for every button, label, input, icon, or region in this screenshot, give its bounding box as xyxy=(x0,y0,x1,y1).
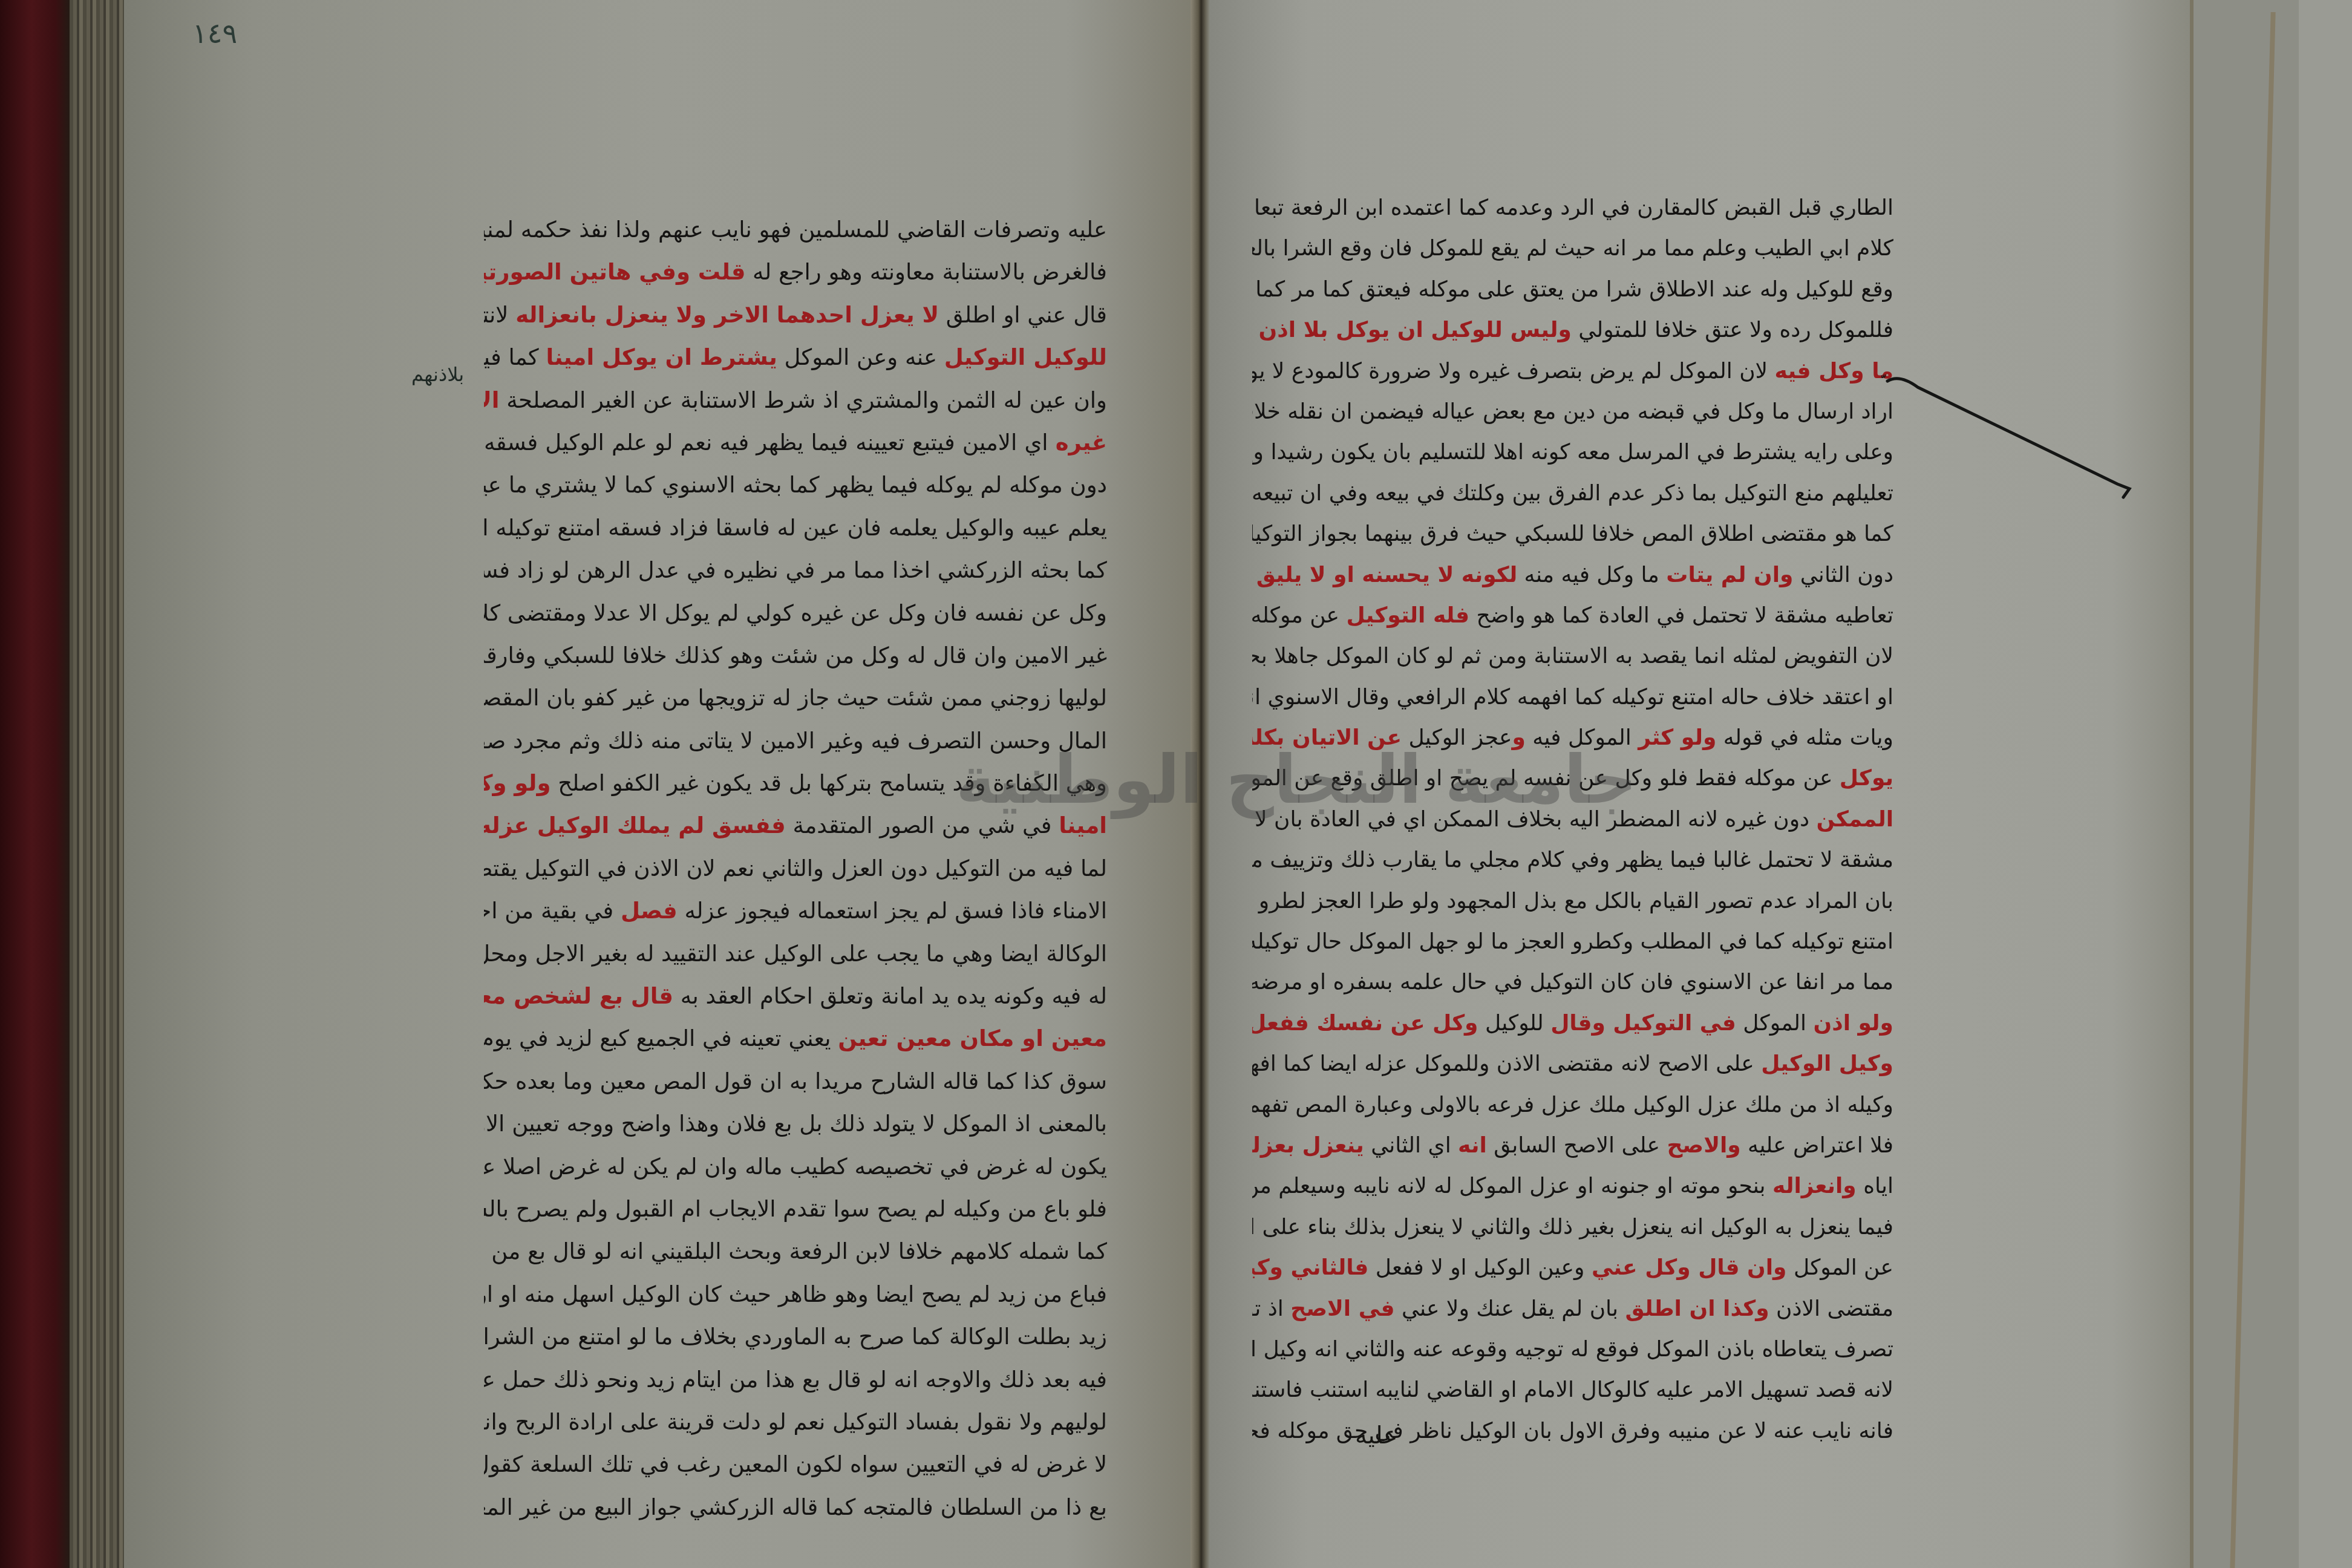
text-segment: تعاطيه مشقة لا تحتمل في العادة كما هو وا… xyxy=(1469,603,1893,628)
rubric-segment: وكل عن نفسك ففعل فالثاني xyxy=(1252,1011,1478,1036)
text-line: كما هو مقتضى اطلاق المص خلافا للسبكي حيث… xyxy=(1252,514,1893,554)
text-line: وكيله اذ من ملك عزل الوكيل ملك عزل فرعه … xyxy=(1252,1085,1893,1125)
text-line: فباع من زيد لم يصح ايضا وهو ظاهر حيث كان… xyxy=(484,1273,1107,1316)
text-line: فلا اعتراض عليه والاصح على الاصح السابق … xyxy=(1252,1125,1893,1166)
rubric-segment: انه xyxy=(1458,1133,1487,1158)
text-line: غير الامين وان قال له وكل من شئت وهو كذل… xyxy=(484,635,1107,677)
text-line: دون الثاني وان لم يتات ما وكل فيه منه لك… xyxy=(1252,555,1893,595)
rubric-segment: ولو اذن xyxy=(1813,1011,1893,1036)
rubric-segment: غيره xyxy=(1056,430,1107,456)
text-line: فللموكل رده ولا عتق خلافا للمتولي وليس ل… xyxy=(1252,310,1893,350)
text-segment: بع ذا من السلطان فالمتجه كما قاله الزركش… xyxy=(484,1494,1107,1520)
text-segment: لان الموكل لم يرض بتصرف غيره ولا ضرورة ك… xyxy=(1252,359,1775,384)
text-line: وكل عن نفسه فان وكل عن غيره كولي لم يوكل… xyxy=(484,592,1107,635)
text-line: زيد بطلت الوكالة كما صرح به الماوردي بخل… xyxy=(484,1316,1107,1358)
text-line: لا غرض له في التعيين سواه لكون المعين رغ… xyxy=(484,1443,1107,1486)
right-text-block: الطاري قبل القبض كالمقارن في الرد وعدمه … xyxy=(1252,188,1893,1451)
rubric-segment: وانعزاله xyxy=(1772,1174,1857,1198)
text-line: فالغرض بالاستنابة معاونته وهو راجع له قل… xyxy=(484,251,1107,293)
rubric-segment: يشترط ان يوكل امينا xyxy=(546,344,777,370)
text-segment: عن الموكل xyxy=(1786,1255,1893,1280)
text-segment: بنحو موته او جنونه او عزل الموكل له لانه… xyxy=(1252,1174,1772,1198)
text-segment: كما هو مقتضى اطلاق المص خلافا للسبكي حيث… xyxy=(1252,521,1893,546)
text-segment: مما مر انفا عن الاسنوي فان كان التوكيل ف… xyxy=(1252,970,1893,995)
text-line: تصرف يتعاطاه باذن الموكل فوقع له توجيه و… xyxy=(1252,1329,1893,1370)
text-segment: مشقة لا تحتمل غالبا فيما يظهر وفي كلام م… xyxy=(1252,848,1893,872)
text-line: اراد ارسال ما وكل في قبضه من دين مع بعض … xyxy=(1252,391,1893,432)
text-line: لوليها زوجني ممن شئت حيث جاز له تزويجها … xyxy=(484,677,1107,719)
leaf-edge xyxy=(2299,0,2352,1568)
text-segment: لان التفويض لمثله انما يقصد به الاستنابة… xyxy=(1252,644,1893,668)
text-segment: فلو باع من وكيله لم يصح سوا تقدم الايجاب… xyxy=(484,1196,1107,1222)
text-segment: للوكيل xyxy=(1478,1011,1550,1036)
watermark: جامعة النجاح الوطنية xyxy=(956,741,1637,818)
rubric-segment: لا يعزل احدهما الاخر ولا ينعزل بانعزاله xyxy=(515,302,939,328)
text-line: بان المراد عدم تصور القيام بالكل مع بذل … xyxy=(1252,881,1893,921)
text-segment: لوليهم ولا نقول بفساد التوكيل نعم لو دلت… xyxy=(484,1409,1107,1435)
text-segment: بان المراد عدم تصور القيام بالكل مع بذل … xyxy=(1252,889,1893,913)
text-line: ما وكل فيه لان الموكل لم يرض بتصرف غيره … xyxy=(1252,351,1893,391)
text-segment: فانه نايب عنه لا عن منيبه وفرق الاول بان… xyxy=(1252,1419,1893,1443)
text-segment: فباع من زيد لم يصح ايضا وهو ظاهر حيث كان… xyxy=(484,1281,1107,1307)
text-segment: قال عني او اطلق xyxy=(939,302,1107,328)
text-segment: دون الثاني xyxy=(1793,563,1893,587)
left-text-block: عليه وتصرفات القاضي للمسلمين فهو نايب عن… xyxy=(484,209,1107,1529)
text-segment: اذ توكيله الثالث xyxy=(1252,1296,1290,1321)
text-line: معين او مكان معين تعين يعني تعينه في الج… xyxy=(484,1018,1107,1060)
text-line: او اعتقد خلاف حاله امتنع توكيله كما افهم… xyxy=(1252,677,1893,717)
rubric-segment: والاصح xyxy=(1667,1133,1740,1158)
book-binding xyxy=(0,0,70,1568)
text-segment: اي الثاني xyxy=(1364,1133,1458,1158)
text-segment: على الاصح لانه مقتضى الاذن وللموكل عزله … xyxy=(1252,1051,1761,1076)
text-line: تعاطيه مشقة لا تحتمل في العادة كما هو وا… xyxy=(1252,595,1893,636)
text-segment: تعليلهم منع التوكيل بما ذكر عدم الفرق بي… xyxy=(1252,481,1893,506)
text-segment: عليه وتصرفات القاضي للمسلمين فهو نايب عن… xyxy=(484,217,1107,243)
text-line: مقتضى الاذن وكذا ان اطلق بان لم يقل عنك … xyxy=(1252,1289,1893,1329)
text-segment: الوكالة ايضا وهي ما يجب على الوكيل عند ا… xyxy=(484,941,1107,967)
text-line: كما شمله كلامهم خلافا لابن الرفعة وبحث ا… xyxy=(484,1230,1107,1273)
rubric-segment: معين او مكان معين تعين xyxy=(838,1025,1107,1051)
text-segment: لما فيه من التوكيل دون العزل والثاني نعم… xyxy=(484,855,1107,881)
text-segment: كما بحثه الزركشي اخذا مما مر في نظيره في… xyxy=(484,557,1107,583)
text-segment: الامناء فاذا فسق لم يجز استعماله فيجوز ع… xyxy=(678,898,1107,924)
text-segment: وكيله اذ من ملك عزل الوكيل ملك عزل فرعه … xyxy=(1252,1093,1893,1117)
text-line: فانه نايب عنه لا عن منيبه وفرق الاول بان… xyxy=(1252,1411,1893,1451)
text-segment: له فيه وكونه يده يد امانة وتعلق احكام ال… xyxy=(673,983,1107,1009)
text-segment: او اعتقد خلاف حاله امتنع توكيله كما افهم… xyxy=(1252,685,1893,710)
catchword: عليه xyxy=(1355,1422,1398,1449)
text-segment: بان لم يقل عنك ولا عني xyxy=(1395,1296,1625,1321)
rubric-segment: للوكيل التوكيل xyxy=(944,344,1107,370)
text-line: اياه وانعزاله بنحو موته او جنونه او عزل … xyxy=(1252,1166,1893,1206)
text-segment: مقتضى الاذن xyxy=(1769,1296,1893,1321)
text-line: فيه بعد ذلك والاوجه انه لو قال بع هذا من… xyxy=(484,1359,1107,1401)
rubric-segment: قال بع لشخص معين او في زمان xyxy=(484,983,673,1009)
text-segment: وعلى رايه يشترط في المرسل معه كونه اهلا … xyxy=(1252,440,1893,465)
text-line: دون موكله لم يوكله فيما يظهر كما بحثه ال… xyxy=(484,464,1107,506)
text-line: عليه وتصرفات القاضي للمسلمين فهو نايب عن… xyxy=(484,209,1107,251)
rubric-segment: لكونه لا يحسنه او لا يليق به او xyxy=(1252,563,1517,587)
page-edges-left xyxy=(70,0,127,1568)
rubric-segment: ولو وكل الوكيل xyxy=(484,770,550,796)
text-line: ولو اذن الموكل في التوكيل وقال للوكيل وك… xyxy=(1252,1003,1893,1044)
text-line: لما فيه من التوكيل دون العزل والثاني نعم… xyxy=(484,848,1107,890)
text-segment: اراد ارسال ما وكل في قبضه من دين مع بعض … xyxy=(1252,399,1893,424)
rubric-segment: ففسق لم يملك الوكيل عزله في الاصح والله … xyxy=(484,812,786,838)
text-segment: وعين الوكيل او لا ففعل xyxy=(1368,1255,1592,1280)
text-line: مما مر انفا عن الاسنوي فان كان التوكيل ف… xyxy=(1252,962,1893,1002)
fore-edge-leaves xyxy=(2190,0,2352,1568)
text-segment: غير الامين وان قال له وكل من شئت وهو كذل… xyxy=(484,642,1107,668)
text-segment: بالمعنى اذ الموكل لا يتولد ذلك بل بع فلا… xyxy=(484,1111,1107,1137)
rubric-segment: ينعزل بعزله xyxy=(1252,1133,1364,1158)
leaf-edge xyxy=(2190,0,2194,1568)
text-line: سوق كذا كما قاله الشارح مريدا به ان قول … xyxy=(484,1060,1107,1103)
text-line: يعلم عيبه والوكيل يعلمه فان عين له فاسقا… xyxy=(484,507,1107,549)
text-segment: ويات مثله في قوله xyxy=(1716,725,1893,750)
rubric-segment: وان قال وكل عني xyxy=(1592,1255,1787,1280)
text-segment: وقع للوكيل وله عند الاطلاق شرا من يعتق ع… xyxy=(1252,277,1893,302)
rubric-segment: يوكل xyxy=(1840,766,1893,791)
text-line: مشقة لا تحتمل غالبا فيما يظهر وفي كلام م… xyxy=(1252,840,1893,880)
text-line: امتنع توكيله كما في المطلب وكطرو العجز م… xyxy=(1252,921,1893,962)
text-line: الوكالة ايضا وهي ما يجب على الوكيل عند ا… xyxy=(484,933,1107,975)
text-segment: لانه قصد تسهيل الامر عليه كالوكال الامام… xyxy=(1252,1377,1893,1402)
text-segment: الطاري قبل القبض كالمقارن في الرد وعدمه … xyxy=(1252,195,1893,220)
rubric-segment: وان لم يتات xyxy=(1666,563,1793,587)
rubric-segment: فالثاني وكيل الموكل xyxy=(1252,1255,1368,1280)
rubric-segment: وكيل الوكيل xyxy=(1761,1051,1893,1076)
rubric-segment: في التوكيل وقال xyxy=(1550,1011,1736,1036)
rubric-segment: في الاصح xyxy=(1290,1296,1394,1321)
text-segment: يكون له غرض في تخصيصه كطيب ماله وان لم ي… xyxy=(484,1154,1107,1180)
leaf-edge xyxy=(2230,12,2275,1568)
text-line: وكيل الوكيل على الاصح لانه مقتضى الاذن و… xyxy=(1252,1044,1893,1084)
text-line: له فيه وكونه يده يد امانة وتعلق احكام ال… xyxy=(484,975,1107,1018)
text-segment: في بقية من احكام xyxy=(484,898,621,924)
text-line: كلام ابي الطيب وعلم مما مر انه حيث لم يق… xyxy=(1252,228,1893,269)
text-line: وعلى رايه يشترط في المرسل معه كونه اهلا … xyxy=(1252,432,1893,472)
text-line: بع ذا من السلطان فالمتجه كما قاله الزركش… xyxy=(484,1486,1107,1529)
text-line: كما بحثه الزركشي اخذا مما مر في نظيره في… xyxy=(484,549,1107,592)
text-segment: يعني تعينه في الجميع كبع لزيد في يوم الج… xyxy=(484,1025,838,1051)
text-line: فيما ينعزل به الوكيل انه ينعزل بغير ذلك … xyxy=(1252,1207,1893,1247)
folio-number: ١٤٩ xyxy=(192,17,237,50)
text-segment: عن موكله دون نفسه xyxy=(1252,603,1347,628)
text-segment: فيه بعد ذلك والاوجه انه لو قال بع هذا من… xyxy=(484,1367,1107,1393)
text-segment: وان عين له الثمن والمشتري اذ شرط الاستنا… xyxy=(499,387,1107,413)
text-line: غيره اي الامين فيتبع تعيينه فيما يظهر في… xyxy=(484,422,1107,464)
text-line: عن الموكل وان قال وكل عني وعين الوكيل او… xyxy=(1252,1247,1893,1288)
text-segment: لوليها زوجني ممن شئت حيث جاز له تزويجها … xyxy=(484,685,1107,711)
text-segment: على الاصح السابق xyxy=(1487,1133,1667,1158)
rubric-segment: وليس للوكيل ان يوكل بلا اذن ان تاتى منه xyxy=(1252,318,1572,342)
text-segment: لانتفا كونه وكيلا عنه xyxy=(484,302,515,328)
text-line: يكون له غرض في تخصيصه كطيب ماله وان لم ي… xyxy=(484,1146,1107,1188)
margin-note: بلاذنهم xyxy=(411,363,464,386)
text-segment: فالغرض بالاستنابة معاونته وهو راجع له xyxy=(745,259,1107,285)
rubric-segment: فصل xyxy=(621,898,678,924)
text-segment: كلام ابي الطيب وعلم مما مر انه حيث لم يق… xyxy=(1252,236,1893,261)
rubric-segment: وكذا ان اطلق xyxy=(1625,1296,1769,1321)
text-segment: تصرف يتعاطاه باذن الموكل فوقع له توجيه و… xyxy=(1252,1337,1893,1362)
text-segment: زيد بطلت الوكالة كما صرح به الماوردي بخل… xyxy=(484,1324,1107,1350)
text-line: لوليهم ولا نقول بفساد التوكيل نعم لو دلت… xyxy=(484,1401,1107,1443)
rubric-segment: ولو كثر xyxy=(1638,725,1716,750)
text-line: فلو باع من وكيله لم يصح سوا تقدم الايجاب… xyxy=(484,1188,1107,1230)
text-segment: اي الامين فيتبع تعيينه فيما يظهر فيه نعم… xyxy=(484,430,1056,456)
text-line: وقع للوكيل وله عند الاطلاق شرا من يعتق ع… xyxy=(1252,269,1893,310)
text-line: الامناء فاذا فسق لم يجز استعماله فيجوز ع… xyxy=(484,890,1107,932)
text-segment: وكل عن نفسه فان وكل عن غيره كولي لم يوكل… xyxy=(484,600,1107,626)
text-segment: سوق كذا كما قاله الشارح مريدا به ان قول … xyxy=(484,1068,1107,1094)
rubric-segment: الا ان يعين الموكل xyxy=(484,387,499,413)
rubric-segment: فله التوكيل xyxy=(1347,603,1470,628)
text-segment: دون موكله لم يوكله فيما يظهر كما بحثه ال… xyxy=(484,472,1107,498)
rubric-segment: الممكن xyxy=(1817,807,1893,832)
text-line: لان التفويض لمثله انما يقصد به الاستنابة… xyxy=(1252,636,1893,676)
text-line: تعليلهم منع التوكيل بما ذكر عدم الفرق بي… xyxy=(1252,473,1893,514)
text-line: للوكيل التوكيل عنه وعن الموكل يشترط ان ي… xyxy=(484,336,1107,379)
text-segment: لا غرض له في التعيين سواه لكون المعين رغ… xyxy=(484,1451,1107,1477)
marginal-pointer-line: ّّ xyxy=(1875,363,2166,502)
text-segment: عنه وعن الموكل xyxy=(777,344,944,370)
text-segment: امتنع توكيله كما في المطلب وكطرو العجز م… xyxy=(1252,929,1893,954)
text-segment: فلا اعتراض عليه xyxy=(1741,1133,1893,1158)
text-line: قال عني او اطلق لا يعزل احدهما الاخر ولا… xyxy=(484,294,1107,336)
text-segment: الموكل xyxy=(1736,1011,1814,1036)
text-segment: ما وكل فيه منه xyxy=(1517,563,1666,587)
text-segment: يعلم عيبه والوكيل يعلمه فان عين له فاسقا… xyxy=(484,515,1107,541)
text-segment: كما فيالذلك التصرف xyxy=(484,344,546,370)
text-line: الطاري قبل القبض كالمقارن في الرد وعدمه … xyxy=(1252,188,1893,228)
text-segment: فيما ينعزل به الوكيل انه ينعزل بغير ذلك … xyxy=(1252,1215,1893,1240)
svg-text:ّّ: ّّ xyxy=(1881,374,1886,378)
text-line: بالمعنى اذ الموكل لا يتولد ذلك بل بع فلا… xyxy=(484,1103,1107,1145)
text-segment: فللموكل رده ولا عتق خلافا للمتولي xyxy=(1572,318,1893,342)
rubric-segment: قلت وفي هاتين الصورتين xyxy=(484,259,745,285)
text-line: وان عين له الثمن والمشتري اذ شرط الاستنا… xyxy=(484,379,1107,422)
text-segment: اياه xyxy=(1857,1174,1893,1198)
text-segment: كما شمله كلامهم خلافا لابن الرفعة وبحث ا… xyxy=(484,1238,1107,1264)
text-line: لانه قصد تسهيل الامر عليه كالوكال الامام… xyxy=(1252,1370,1893,1410)
